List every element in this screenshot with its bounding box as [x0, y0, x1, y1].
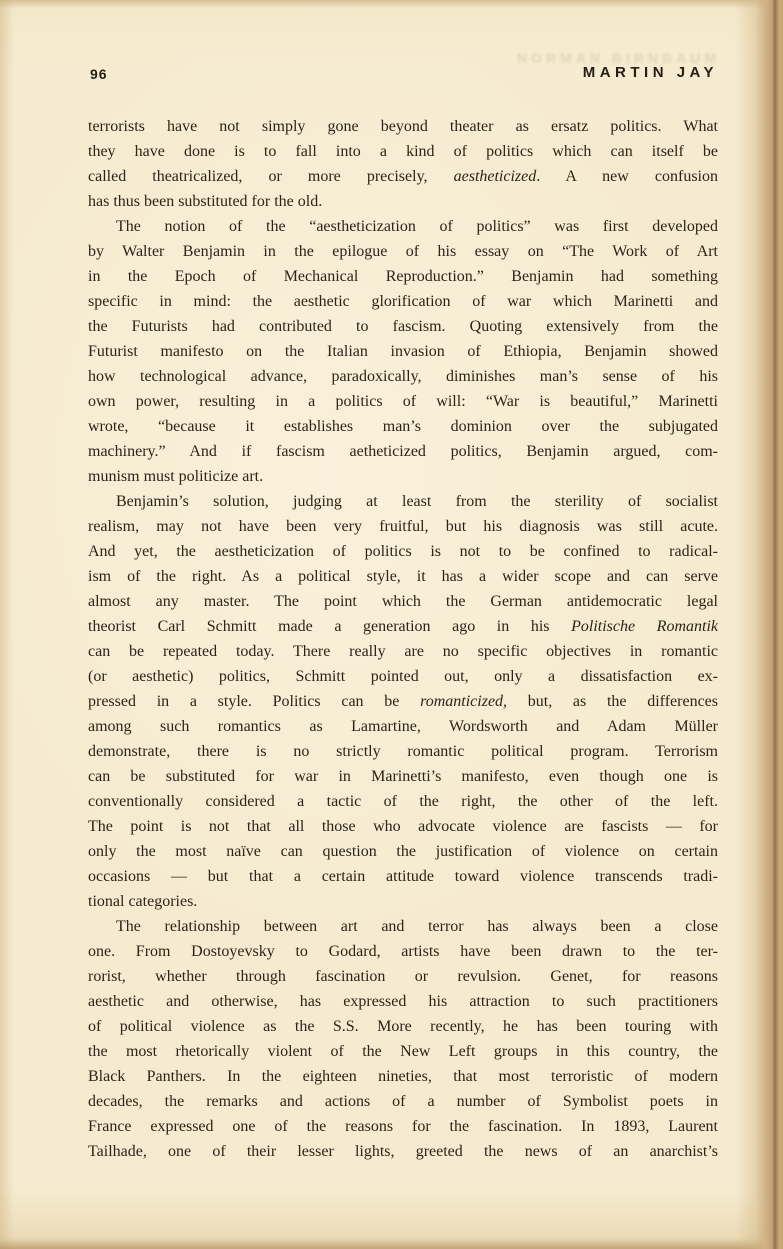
text-line: terrorists have not simply gone beyond t… [88, 114, 718, 139]
text-line: wrote, “because it establishes man’s dom… [88, 414, 718, 439]
text-line: (or aesthetic) politics, Schmitt pointed… [88, 664, 718, 689]
text-line: realism, may not have been very fruitful… [88, 514, 718, 539]
text-line: Black Panthers. In the eighteen nineties… [88, 1064, 718, 1089]
book-page-scan: NORMAN BIRNBAUM 96 MARTIN JAY terrorists… [0, 0, 783, 1249]
running-header: NORMAN BIRNBAUM 96 MARTIN JAY [88, 64, 718, 86]
text-line: in the Epoch of Mechanical Reproduction.… [88, 264, 718, 289]
text-line: tional categories. [88, 889, 718, 914]
text-line: machinery.” And if fascism aetheticized … [88, 439, 718, 464]
running-head-author: MARTIN JAY [583, 64, 718, 81]
text-line: Futurist manifesto on the Italian invasi… [88, 339, 718, 364]
text-line: pressed in a style. Politics can be roma… [88, 689, 718, 714]
page-edge-right-binding [735, 0, 783, 1249]
text-line: almost any master. The point which the G… [88, 589, 718, 614]
text-line: conventionally considered a tactic of th… [88, 789, 718, 814]
text-line: ism of the right. As a political style, … [88, 564, 718, 589]
text-line: aesthetic and otherwise, has expressed h… [88, 989, 718, 1014]
text-line: The notion of the “aestheticization of p… [88, 214, 718, 239]
text-line: the Futurists had contributed to fascism… [88, 314, 718, 339]
text-line: The point is not that all those who advo… [88, 814, 718, 839]
text-line: The relationship between art and terror … [88, 914, 718, 939]
text-line: decades, the remarks and actions of a nu… [88, 1089, 718, 1114]
page-edge-left [0, 0, 14, 1249]
text-line: own power, resulting in a politics of wi… [88, 389, 718, 414]
text-line: occasions — but that a certain attitude … [88, 864, 718, 889]
text-line: specific in mind: the aesthetic glorific… [88, 289, 718, 314]
text-line: one. From Dostoyevsky to Godard, artists… [88, 939, 718, 964]
text-line: demonstrate, there is no strictly romant… [88, 739, 718, 764]
body-text: terrorists have not simply gone beyond t… [88, 114, 718, 1164]
text-line: how technological advance, paradoxically… [88, 364, 718, 389]
text-line: by Walter Benjamin in the epilogue of hi… [88, 239, 718, 264]
text-line: they have done is to fall into a kind of… [88, 139, 718, 164]
page-edge-bottom [0, 1239, 783, 1249]
text-line: Benjamin’s solution, judging at least fr… [88, 489, 718, 514]
text-line: theorist Carl Schmitt made a generation … [88, 614, 718, 639]
page-number: 96 [90, 66, 108, 82]
text-line: And yet, the aestheticization of politic… [88, 539, 718, 564]
text-line: can be repeated today. There really are … [88, 639, 718, 664]
text-line: Tailhade, one of their lesser lights, gr… [88, 1139, 718, 1164]
text-line: among such romantics as Lamartine, Words… [88, 714, 718, 739]
text-line: of political violence as the S.S. More r… [88, 1014, 718, 1039]
text-line: can be substituted for war in Marinetti’… [88, 764, 718, 789]
text-line: the most rhetorically violent of the New… [88, 1039, 718, 1064]
text-line: munism must politicize art. [88, 464, 718, 489]
text-line: France expressed one of the reasons for … [88, 1114, 718, 1139]
page-edge-top [0, 0, 783, 8]
text-line: called theatricalized, or more precisely… [88, 164, 718, 189]
text-line: rorist, whether through fascination or r… [88, 964, 718, 989]
text-line: only the most naïve can question the jus… [88, 839, 718, 864]
text-line: has thus been substituted for the old. [88, 189, 718, 214]
